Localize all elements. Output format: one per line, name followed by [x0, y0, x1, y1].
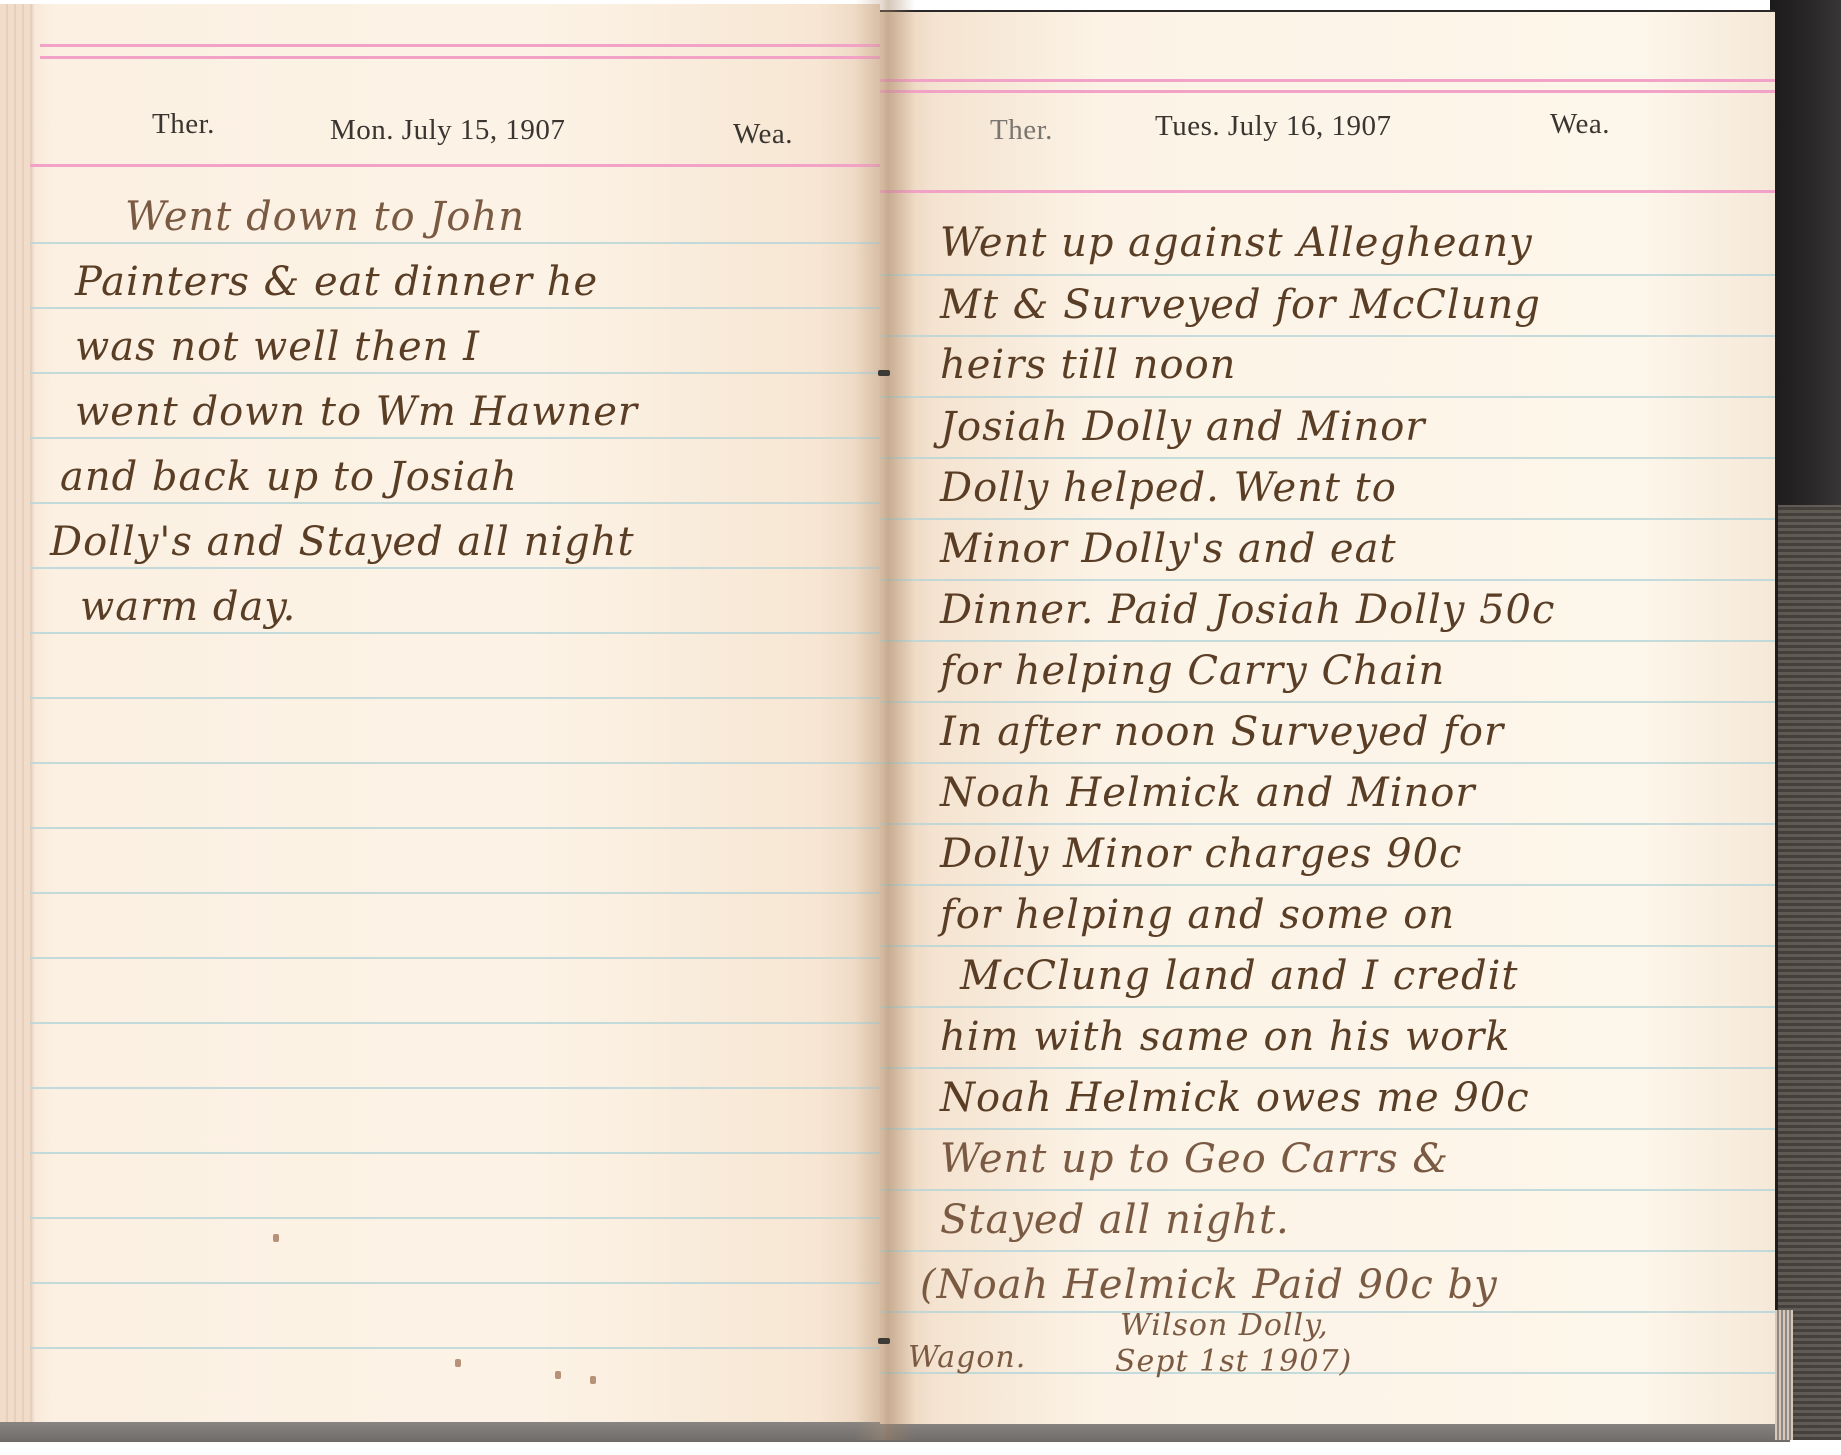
handwritten-line: Dolly helped. Went to — [940, 465, 1397, 511]
ruled-line — [880, 1189, 1775, 1191]
ruled-line — [30, 1087, 880, 1089]
ruled-line — [30, 437, 880, 439]
binding-stitch — [878, 1338, 890, 1344]
ruled-line — [30, 1347, 880, 1349]
left-page: Ther. Mon. July 15, 1907 Wea. Went down … — [0, 4, 880, 1422]
footnote-wagon: Wagon. — [908, 1340, 1026, 1375]
handwritten-line: Dolly's and Stayed all night — [50, 519, 635, 565]
handwritten-line: for helping Carry Chain — [940, 648, 1445, 694]
ruled-line — [880, 579, 1775, 581]
footnote-wilson-dolly: Wilson Dolly, — [1120, 1308, 1329, 1343]
handwritten-line: Went up to Geo Carrs & — [940, 1136, 1449, 1182]
handwritten-line: Josiah Dolly and Minor — [940, 404, 1425, 450]
ruled-line — [30, 372, 880, 374]
ruled-line — [880, 274, 1775, 276]
ruled-line — [30, 1282, 880, 1284]
book-gutter — [855, 0, 915, 1440]
pink-rule — [40, 56, 880, 59]
pink-rule — [40, 44, 880, 47]
handwritten-line: warm day. — [80, 584, 296, 630]
ruled-line — [30, 1217, 880, 1219]
handwritten-line: Minor Dolly's and eat — [940, 526, 1397, 572]
bookmark-ribbon — [1778, 505, 1841, 1440]
ruled-line — [30, 307, 880, 309]
handwritten-line: Noah Helmick owes me 90c — [940, 1075, 1530, 1121]
ruled-line — [30, 502, 880, 504]
ruled-line — [880, 640, 1775, 642]
ruled-line — [880, 518, 1775, 520]
handwritten-line: Dinner. Paid Josiah Dolly 50c — [940, 587, 1555, 633]
pink-rule — [880, 90, 1775, 93]
ruled-line — [880, 884, 1775, 886]
ruled-line — [30, 892, 880, 894]
ther-label: Ther. — [152, 108, 215, 141]
handwritten-line: and back up to Josiah — [60, 454, 518, 500]
ink-spot — [555, 1371, 561, 1379]
ruled-line — [30, 697, 880, 699]
ruled-line — [880, 335, 1775, 337]
ruled-line — [880, 945, 1775, 947]
ink-spot — [273, 1234, 279, 1242]
ruled-line — [880, 396, 1775, 398]
handwritten-line: McClung land and I credit — [960, 953, 1518, 999]
ruled-line — [30, 567, 880, 569]
handwritten-line: him with same on his work — [940, 1014, 1511, 1060]
handwritten-line: heirs till noon — [940, 342, 1236, 388]
handwritten-line: Stayed all night. — [940, 1197, 1290, 1243]
binding-stitch — [878, 370, 890, 376]
footnote-date: Sept 1st 1907) — [1115, 1344, 1352, 1379]
handwritten-line: Dolly Minor charges 90c — [940, 831, 1462, 877]
ruled-line — [880, 823, 1775, 825]
ruled-line — [30, 762, 880, 764]
handwritten-line: Went down to John — [125, 194, 525, 240]
handwritten-line: for helping and some on — [940, 892, 1455, 938]
ruled-line — [880, 1128, 1775, 1130]
date-heading: Tues. July 16, 1907 — [1155, 110, 1391, 143]
page-stack-edge — [0, 4, 34, 1422]
diary-scan: Ther. Mon. July 15, 1907 Wea. Went down … — [0, 0, 1841, 1455]
date-heading: Mon. July 15, 1907 — [330, 114, 565, 147]
wea-label: Wea. — [733, 118, 793, 151]
ruled-line — [880, 701, 1775, 703]
ruled-line — [30, 242, 880, 244]
ink-spot — [455, 1359, 461, 1367]
ruled-line — [880, 457, 1775, 459]
ruled-line — [30, 1022, 880, 1024]
ruled-line — [30, 1152, 880, 1154]
ruled-line — [30, 632, 880, 634]
page-fore-edge — [1775, 1310, 1793, 1440]
ink-spot — [590, 1376, 596, 1384]
ruled-line — [30, 827, 880, 829]
handwritten-line: went down to Wm Hawner — [75, 389, 638, 435]
ruled-line — [880, 1250, 1775, 1252]
footnote-line: (Noah Helmick Paid 90c by — [920, 1262, 1498, 1308]
ruled-line — [880, 1067, 1775, 1069]
pink-rule — [880, 190, 1775, 193]
pink-rule — [30, 164, 880, 167]
handwritten-line: In after noon Surveyed for — [940, 709, 1504, 755]
ther-label: Ther. — [990, 114, 1053, 147]
handwritten-line: Noah Helmick and Minor — [940, 770, 1475, 816]
wea-label: Wea. — [1550, 108, 1610, 141]
ruled-line — [880, 1006, 1775, 1008]
handwritten-line: was not well then I — [75, 324, 480, 370]
right-page: Ther. Tues. July 16, 1907 Wea. Went up a… — [880, 10, 1775, 1424]
handwritten-line: Mt & Surveyed for McClung — [940, 282, 1541, 328]
pink-rule — [880, 79, 1775, 82]
ruled-line — [30, 957, 880, 959]
handwritten-line: Went up against Allegheany — [940, 220, 1533, 266]
handwritten-line: Painters & eat dinner he — [75, 259, 598, 305]
ruled-line — [880, 762, 1775, 764]
